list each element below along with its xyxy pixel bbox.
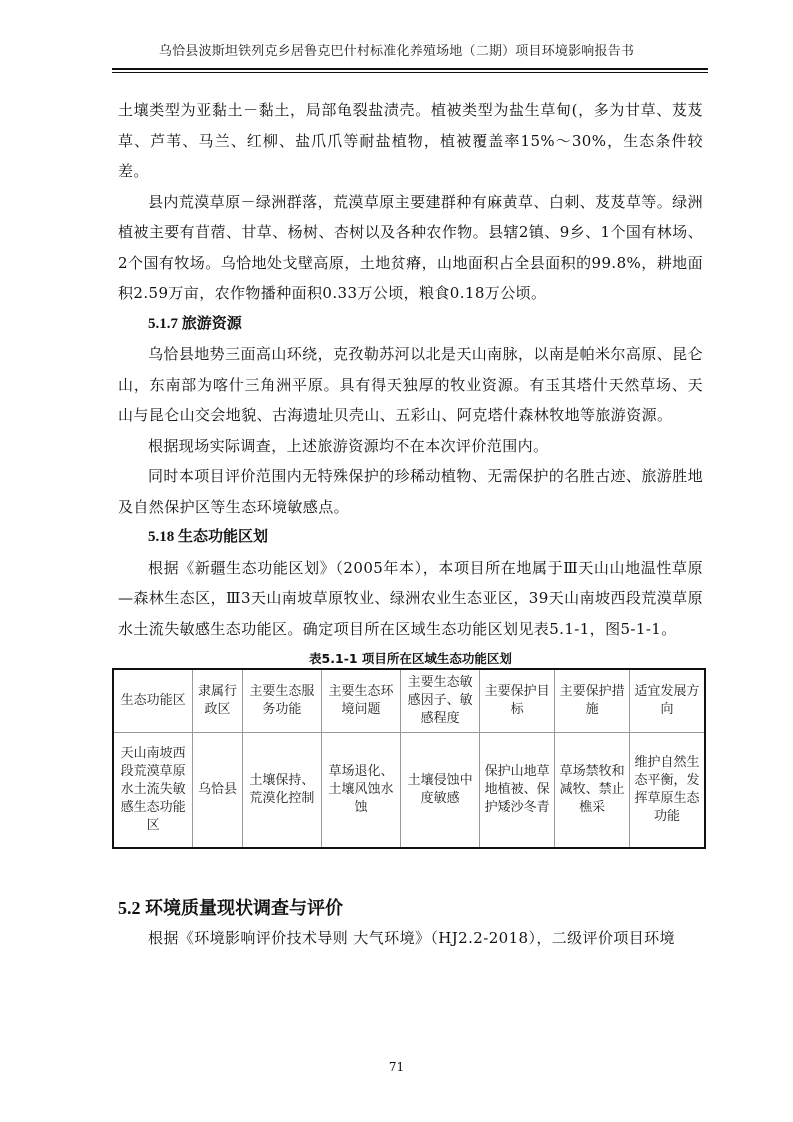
header-rule [112, 68, 708, 73]
table-cell: 草场禁牧和减牧、禁止樵采 [555, 733, 630, 849]
heading-tourism-resources: 5.1.7 旅游资源 [118, 309, 703, 340]
paragraph-soil: 土壤类型为亚黏土－黏土，局部龟裂盐渍壳。植被类型为盐生草甸(，多为甘草、芨芨草、… [118, 95, 703, 187]
paragraph-tourism: 乌恰县地势三面高山环绕，克孜勒苏河以北是天山南脉，以南是帕米尔高原、昆仑山，东南… [118, 339, 703, 431]
table-row: 天山南坡西段荒漠草原水土流失敏感生态功能区 乌恰县 土壤保持、荒漠化控制 草场退… [113, 733, 705, 849]
column-header: 生态功能区 [113, 669, 193, 733]
heading-ecological-zoning: 5.18 生态功能区划 [118, 522, 703, 553]
paragraph-survey: 根据现场实际调查，上述旅游资源均不在本次评价范围内。 [118, 431, 703, 462]
spacer [118, 849, 703, 893]
column-header: 主要保护措施 [555, 669, 630, 733]
table-cell: 维护自然生态平衡，发挥草原生态功能 [630, 733, 705, 849]
table-cell: 天山南坡西段荒漠草原水土流失敏感生态功能区 [113, 733, 193, 849]
column-header: 主要生态敏感因子、敏感程度 [401, 669, 480, 733]
paragraph-sensitive-points: 同时本项目评价范围内无特殊保护的珍稀动植物、无需保护的名胜古迹、旅游胜地及自然保… [118, 461, 703, 522]
column-header: 适宜发展方向 [630, 669, 705, 733]
column-header: 主要生态服务功能 [242, 669, 321, 733]
table-header-row: 生态功能区 隶属行政区 主要生态服务功能 主要生态环境问题 主要生态敏感因子、敏… [113, 669, 705, 733]
column-header: 主要生态环境问题 [321, 669, 400, 733]
page-content: 土壤类型为亚黏土－黏土，局部龟裂盐渍壳。植被类型为盐生草甸(，多为甘草、芨芨草、… [118, 95, 703, 954]
table-cell: 保护山地草地植被、保护矮沙冬青 [480, 733, 555, 849]
column-header: 主要保护目标 [480, 669, 555, 733]
table-cell: 乌恰县 [193, 733, 243, 849]
heading-environmental-quality: 5.2 环境质量现状调查与评价 [118, 893, 703, 923]
paragraph-zoning: 根据《新疆生态功能区划》（2005年本），本项目所在地属于Ⅲ天山山地温性草原—森… [118, 553, 703, 645]
paragraph-vegetation: 县内荒漠草原－绿洲群落，荒漠草原主要建群种有麻黄草、白刺、芨芨草等。绿洲植被主要… [118, 187, 703, 309]
table-cell: 土壤侵蚀中度敏感 [401, 733, 480, 849]
paragraph-air-guideline: 根据《环境影响评价技术导则 大气环境》（HJ2.2-2018），二级评价项目环境 [118, 923, 703, 954]
table-caption: 表5.1-1 项目所在区域生态功能区划 [118, 650, 703, 668]
column-header: 隶属行政区 [193, 669, 243, 733]
table-cell: 土壤保持、荒漠化控制 [242, 733, 321, 849]
page-number: 71 [0, 1060, 793, 1074]
ecological-zoning-table: 生态功能区 隶属行政区 主要生态服务功能 主要生态环境问题 主要生态敏感因子、敏… [112, 668, 706, 849]
document-header: 乌恰县波斯坦铁列克乡居鲁克巴什村标准化养殖场地（二期）项目环境影响报告书 [0, 40, 793, 59]
table-cell: 草场退化、土壤风蚀水蚀 [321, 733, 400, 849]
